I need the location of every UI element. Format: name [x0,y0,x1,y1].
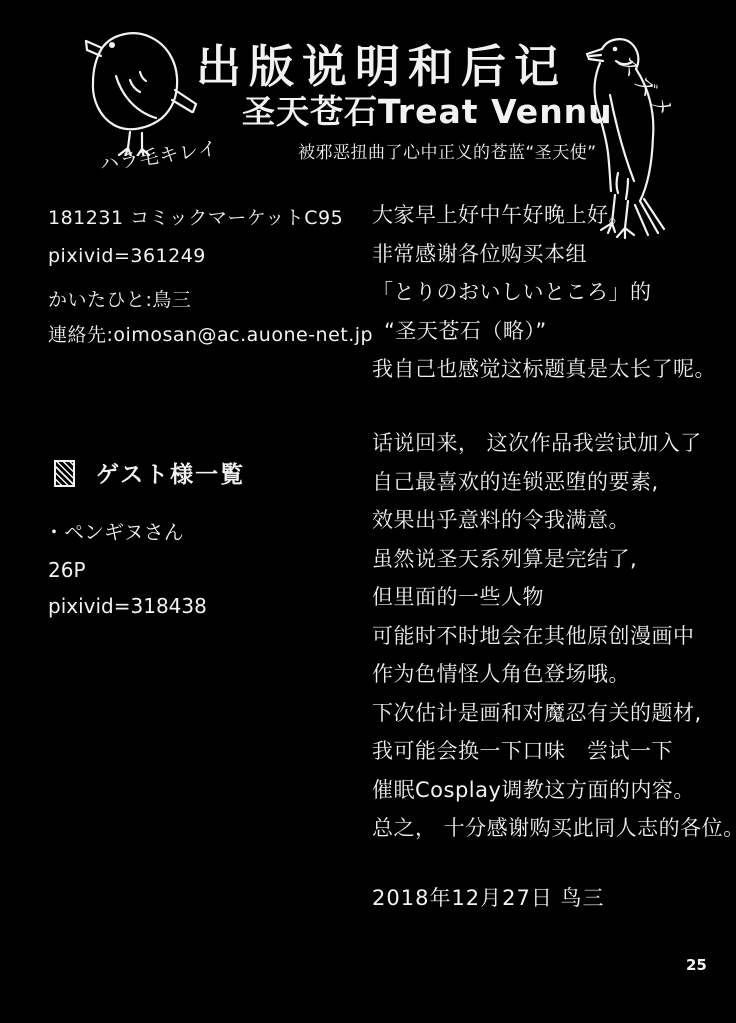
hatched-square-icon [54,460,75,487]
afterword-line: 总之， 十分感谢购买此同人志的各位。 [372,809,736,848]
afterword-line: 催眠Cosplay调教这方面的内容。 [372,771,736,810]
afterword-paragraph-2: 话说回来， 这次作品我尝试加入了 自己最喜欢的连锁恶堕的要素, 效果出乎意料的令… [372,424,736,848]
page-number: 25 [686,956,707,974]
doujinshi-afterword-page: ハラ毛キレイ 出版说明和后记 圣天苍石Treat Vennu 被邪恶扭曲了心中正… [0,0,736,1023]
afterword-line: 作为色情怪人角色登场哦。 [372,655,736,694]
afterword-line: 下次估计是画和对魔忍有关的题材, [372,694,736,733]
guest-pages: 26P [48,558,86,582]
afterword-line: “圣天苍石（略）” [372,312,716,351]
guest-list-heading: ゲスト様一覧 [96,456,245,489]
work-tagline: 被邪恶扭曲了心中正义的苍蓝“圣天使” [298,138,597,163]
afterword-line: 自己最喜欢的连锁恶堕的要素, [372,463,736,502]
afterword-line: 可能时不时地会在其他原创漫画中 [372,617,736,656]
afterword-line: 效果出乎意料的令我满意。 [372,501,736,540]
afterword-paragraph-1: 大家早上好中午好晚上好。 非常感谢各位购买本组 「とりのおいしいところ」的 “圣… [372,196,716,389]
afterword-line: 我可能会换一下口味 尝试一下 [372,732,736,771]
event-info-line: 181231 コミックマーケットC95 [48,203,343,230]
contact-email: 連絡先:oimosan@ac.auone-net.jp [48,320,373,347]
afterword-line: 虽然说圣天系列算是完结了, [372,540,736,579]
afterword-line: 但里面的一些人物 [372,578,736,617]
afterword-line: 我自己也感觉这标题真是太长了呢。 [372,350,716,389]
afterword-line: 话说回来， 这次作品我尝试加入了 [372,424,736,463]
author-credit: かいたひと:鳥三 [48,285,191,312]
work-title: 圣天苍石Treat Vennu [242,86,613,133]
author-pixiv-id: pixivid=361249 [48,245,206,267]
afterword-line: 「とりのおいしいところ」的 [372,273,716,312]
guest-pixiv-id: pixivid=318438 [48,594,207,618]
afterword-line: 非常感谢各位购买本组 [372,235,716,274]
afterword-line: 大家早上好中午好晚上好。 [372,196,716,235]
guest-name: ・ペンギヌさん [44,516,184,545]
date-signature: 2018年12月27日 鸟三 [372,882,605,912]
